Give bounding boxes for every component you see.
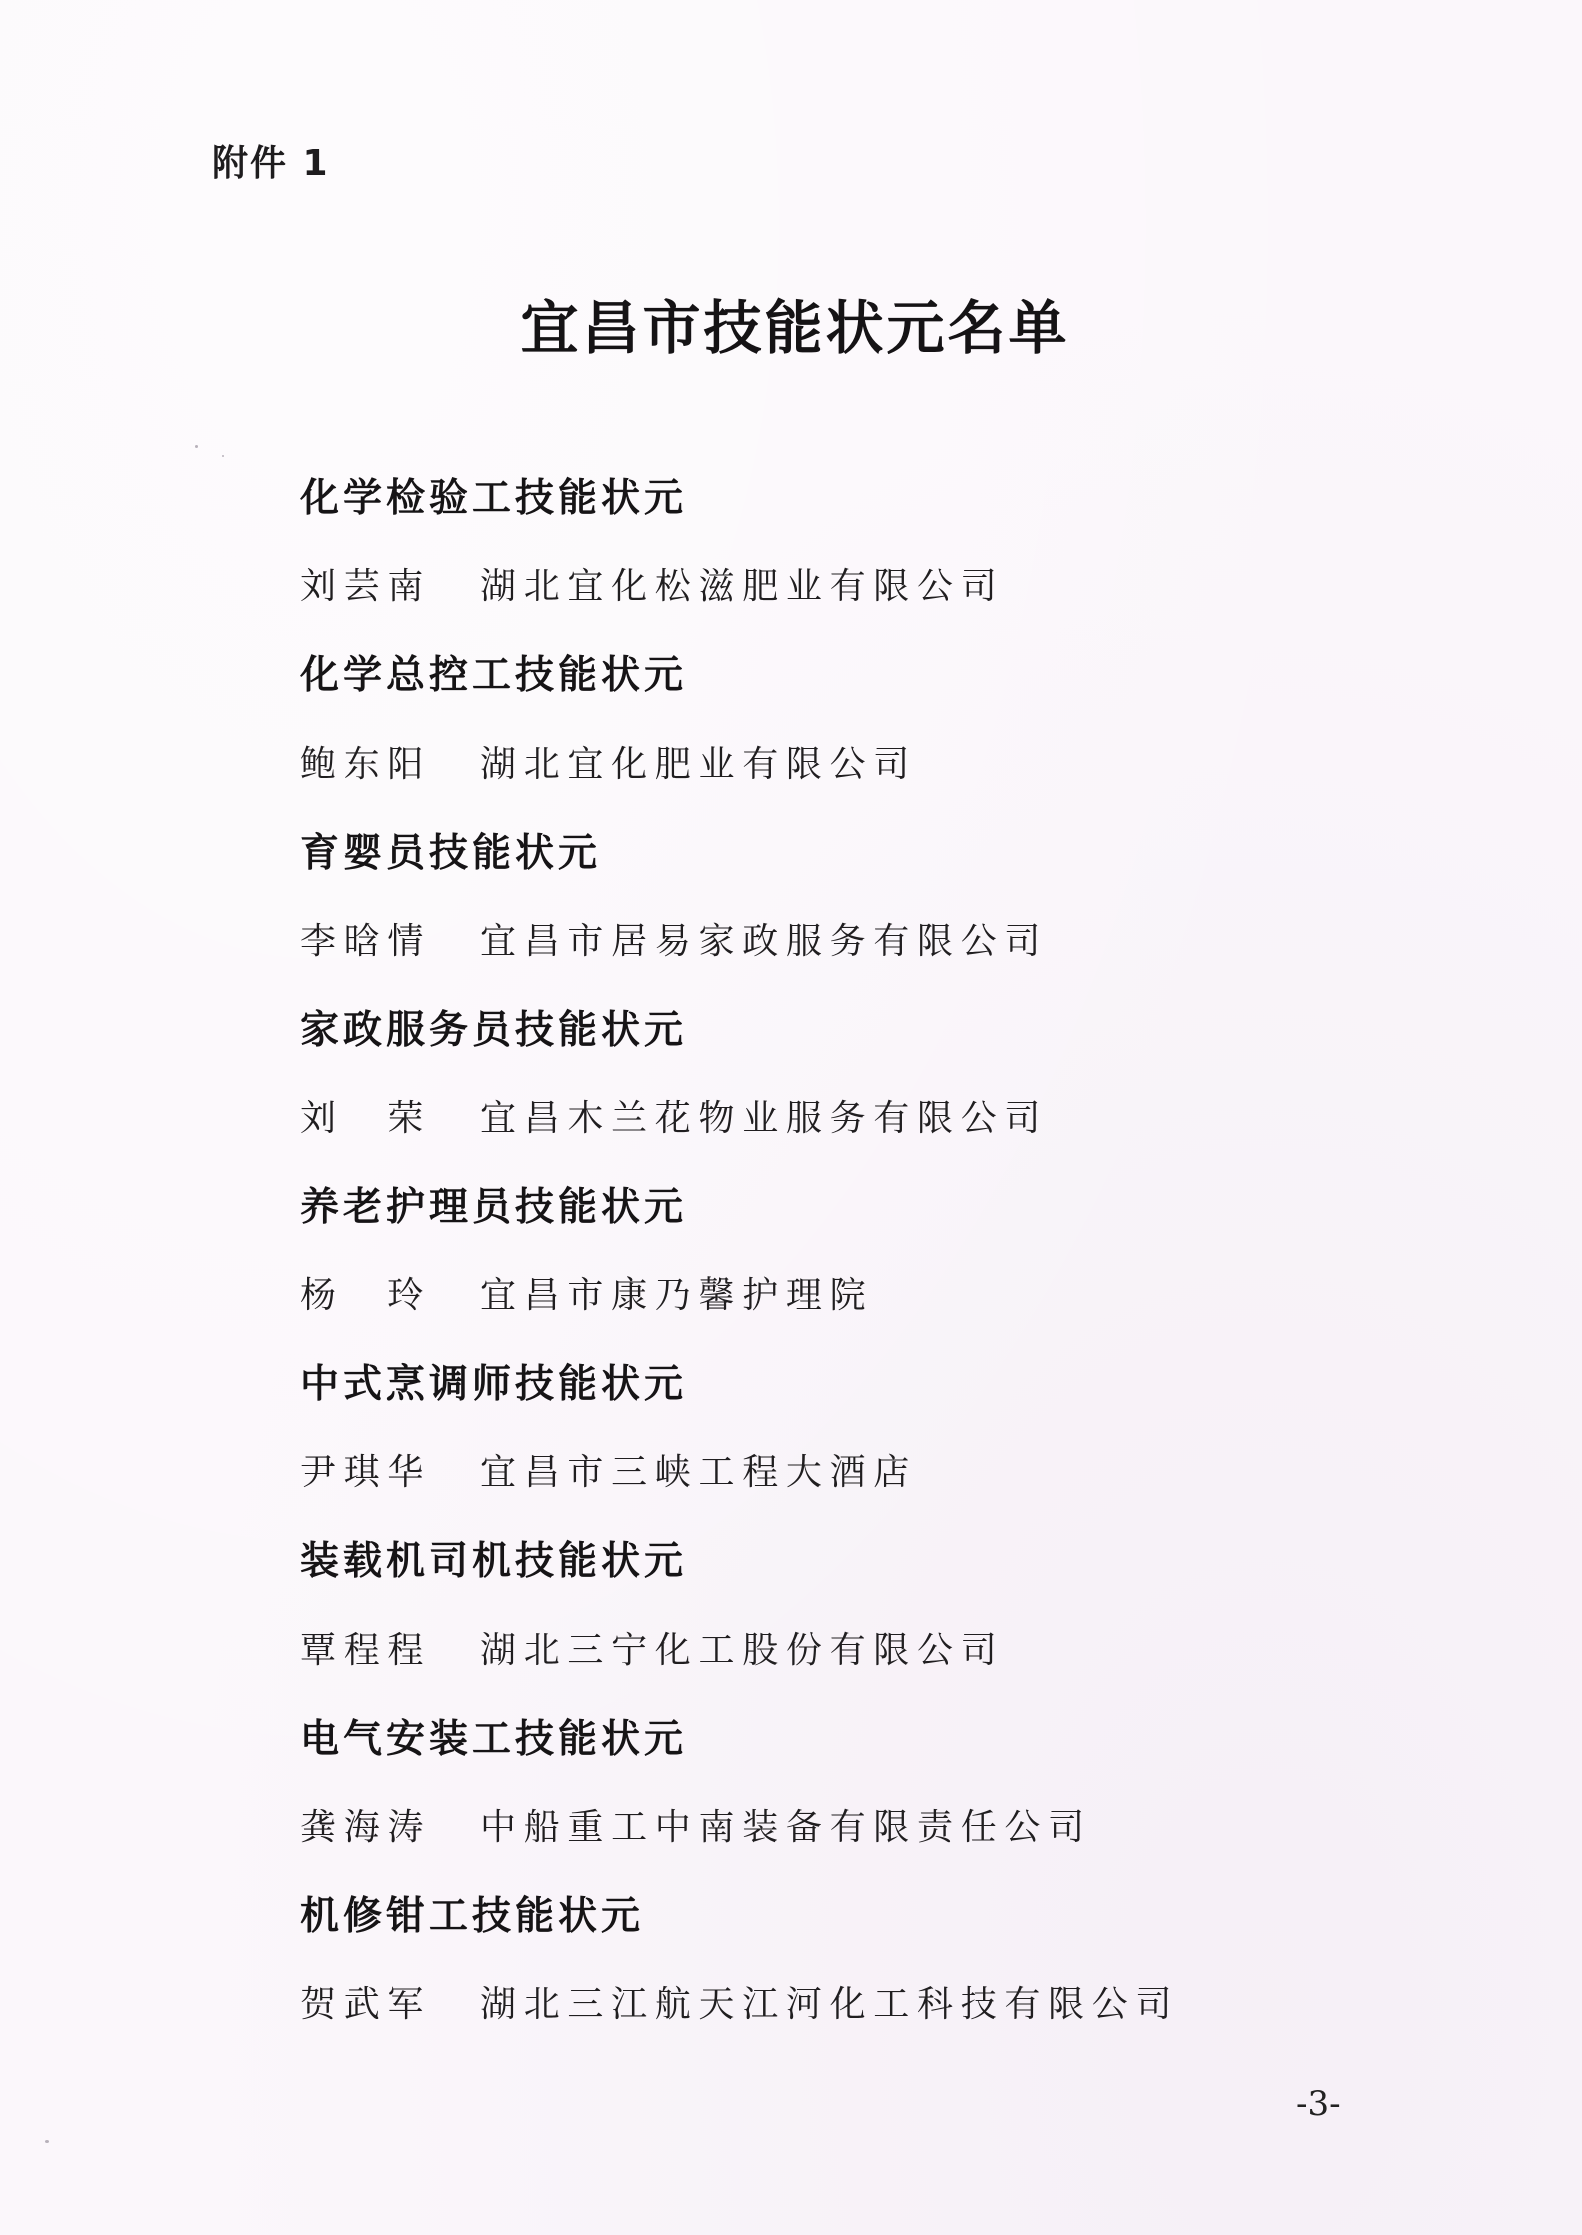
section-heading: 电气安装工技能状元 [300, 1691, 1400, 1780]
award-entry: 杨 玲 宜昌市康乃馨护理院 [300, 1248, 1400, 1337]
winner-organization: 宜昌市三峡工程大酒店 [480, 1444, 917, 1495]
award-entry: 李晗情 宜昌市居易家政服务有限公司 [300, 894, 1400, 983]
award-entry: 龚海涛 中船重工中南装备有限责任公司 [300, 1780, 1400, 1869]
winner-name: 杨 玲 [300, 1267, 480, 1318]
section-heading: 家政服务员技能状元 [300, 983, 1400, 1072]
award-list: 化学检验工技能状元 刘芸南 湖北宜化松滋肥业有限公司 化学总控工技能状元 鲍东阳… [300, 451, 1400, 2046]
winner-organization: 湖北三江航天江河化工科技有限公司 [480, 1976, 1179, 2027]
section-heading: 育婴员技能状元 [300, 805, 1400, 894]
winner-organization: 中船重工中南装备有限责任公司 [480, 1799, 1092, 1850]
award-entry: 鲍东阳 湖北宜化肥业有限公司 [300, 717, 1400, 806]
winner-organization: 湖北宜化松滋肥业有限公司 [480, 558, 1004, 609]
winner-name: 龚海涛 [300, 1799, 480, 1850]
winner-name: 尹琪华 [300, 1444, 480, 1495]
winner-organization: 湖北宜化肥业有限公司 [480, 736, 917, 787]
award-entry: 覃程程 湖北三宁化工股份有限公司 [300, 1603, 1400, 1692]
winner-name: 李晗情 [300, 913, 480, 964]
section-heading: 养老护理员技能状元 [300, 1160, 1400, 1249]
award-entry: 尹琪华 宜昌市三峡工程大酒店 [300, 1426, 1400, 1515]
winner-name: 刘 荣 [300, 1090, 480, 1141]
paper-speck [195, 445, 198, 448]
document-title: 宜昌市技能状元名单 [0, 288, 1582, 368]
section-heading: 化学总控工技能状元 [300, 628, 1400, 717]
winner-organization: 宜昌市居易家政服务有限公司 [480, 913, 1048, 964]
winner-name: 覃程程 [300, 1622, 480, 1673]
winner-name: 贺武军 [300, 1976, 480, 2027]
award-entry: 刘 荣 宜昌木兰花物业服务有限公司 [300, 1071, 1400, 1160]
winner-name: 刘芸南 [300, 558, 480, 609]
section-heading: 中式烹调师技能状元 [300, 1337, 1400, 1426]
attachment-label: 附件 1 [212, 142, 330, 186]
award-entry: 贺武军 湖北三江航天江河化工科技有限公司 [300, 1957, 1400, 2046]
winner-organization: 湖北三宁化工股份有限公司 [480, 1622, 1004, 1673]
winner-organization: 宜昌木兰花物业服务有限公司 [480, 1090, 1048, 1141]
winner-name: 鲍东阳 [300, 736, 480, 787]
award-entry: 刘芸南 湖北宜化松滋肥业有限公司 [300, 540, 1400, 629]
section-heading: 化学检验工技能状元 [300, 451, 1400, 540]
paper-speck [222, 455, 224, 457]
section-heading: 机修钳工技能状元 [300, 1869, 1400, 1958]
page-number: -3- [1296, 2082, 1341, 2126]
winner-organization: 宜昌市康乃馨护理院 [480, 1267, 873, 1318]
section-heading: 装载机司机技能状元 [300, 1514, 1400, 1603]
paper-speck [45, 2140, 49, 2143]
